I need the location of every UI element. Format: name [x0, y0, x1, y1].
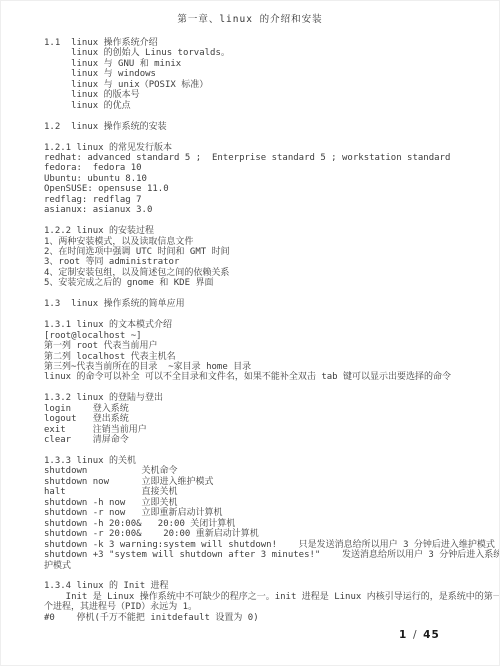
- text-line: shutdown -r 20:00& 20:00 重新启动计算机: [44, 529, 495, 539]
- text-line: 1.2.2 linux 的安装过程: [44, 226, 495, 236]
- text-line: 1.2 linux 操作系统的安装: [44, 122, 495, 132]
- text-line: linux 的命令可以补全 可以不全目录和文件名，如果不能补全双击 tab 键可…: [44, 372, 495, 382]
- text-line: [44, 132, 495, 142]
- text-line: [44, 571, 495, 581]
- text-line: clear 清屏命令: [44, 435, 495, 445]
- text-line: Ubuntu: ubuntu 8.10: [44, 174, 495, 184]
- text-line: [44, 289, 495, 299]
- text-line: halt 直接关机: [44, 487, 495, 497]
- text-line: linux 的优点: [44, 101, 495, 111]
- text-line: 1.1 linux 操作系统介绍: [44, 38, 495, 48]
- text-line: 1、两种安装模式，以及读取信息文件: [44, 237, 495, 247]
- text-line: shutdown -r now 立即重新启动计算机: [44, 508, 495, 518]
- text-line: [44, 383, 495, 393]
- text-line: [44, 446, 495, 456]
- text-line: 护模式: [44, 561, 495, 571]
- text-line: 1.3.2 linux 的登陆与登出: [44, 393, 495, 403]
- text-line: 3、root 等同 administrator: [44, 257, 495, 267]
- text-line: OpenSUSE: opensuse 11.0: [44, 184, 495, 194]
- text-line: linux 与 GNU 和 minix: [44, 59, 495, 69]
- text-line: [44, 216, 495, 226]
- page-number-separator: /: [412, 629, 419, 641]
- text-line: redhat: advanced standard 5 ; Enterprise…: [44, 153, 495, 163]
- text-line: 1.2.1 linux 的常见发行版本: [44, 143, 495, 153]
- text-line: exit 注销当前用户: [44, 425, 495, 435]
- text-line: shutdown -k 3 warning:system will shutdo…: [44, 540, 495, 550]
- text-line: shutdown +3 "system will shutdown after …: [44, 550, 495, 560]
- text-line: linux 的创始人 Linus torvalds。: [44, 48, 495, 58]
- text-line: shutdown -h 20:00& 20:00 关闭计算机: [44, 519, 495, 529]
- text-line: #0 停机(千万不能把 initdefault 设置为 0): [44, 613, 495, 623]
- text-line: linux 与 unix（POSIX 标准）: [44, 80, 495, 90]
- page-number: 1 / 45: [399, 629, 440, 641]
- text-line: 第一列 root 代表当前用户: [44, 341, 495, 351]
- text-line: 4、定制安装包组，以及简述包之间的依赖关系: [44, 268, 495, 278]
- page-title: 第一章、linux 的介绍和安装: [1, 11, 499, 25]
- text-line: shutdown 关机命令: [44, 466, 495, 476]
- text-line: 第三列~代表当前所在的目录 ~家目录 home 目录: [44, 362, 495, 372]
- text-line: login 登入系统: [44, 404, 495, 414]
- text-line: 5、安装完成之后的 gnome 和 KDE 界面: [44, 278, 495, 288]
- text-line: 1.3.1 linux 的文本模式介绍: [44, 320, 495, 330]
- text-line: 1.3.3 linux 的关机: [44, 456, 495, 466]
- text-line: Init 是 Linux 操作系统中不可缺少的程序之一。init 进程是 Lin…: [44, 592, 495, 602]
- document-body: 1.1 linux 操作系统介绍 linux 的创始人 Linus torval…: [44, 38, 495, 623]
- text-line: asianux: asianux 3.0: [44, 205, 495, 215]
- text-line: 1.3 linux 操作系统的简单应用: [44, 299, 495, 309]
- text-line: shutdown -h now 立即关机: [44, 498, 495, 508]
- text-line: 个进程，其进程号（PID）永远为 1。: [44, 602, 495, 612]
- document-page: 第一章、linux 的介绍和安装 1.1 linux 操作系统介绍 linux …: [0, 0, 500, 666]
- text-line: fedora: fedora 10: [44, 163, 495, 173]
- text-line: [root@localhost ~]: [44, 331, 495, 341]
- text-line: linux 的版本号: [44, 90, 495, 100]
- text-line: [44, 111, 495, 121]
- text-line: [44, 310, 495, 320]
- text-line: 2、在时间选项中强调 UTC 时间和 GMT 时间: [44, 247, 495, 257]
- page-number-current: 1: [399, 629, 407, 641]
- text-line: redflag: redflag 7: [44, 195, 495, 205]
- text-line: shutdown now 立即进入维护模式: [44, 477, 495, 487]
- text-line: 1.3.4 linux 的 Init 进程: [44, 581, 495, 591]
- text-line: 第二列 localhost 代表主机名: [44, 352, 495, 362]
- text-line: linux 与 windows: [44, 69, 495, 79]
- text-line: logout 登出系统: [44, 414, 495, 424]
- page-number-total: 45: [423, 629, 440, 641]
